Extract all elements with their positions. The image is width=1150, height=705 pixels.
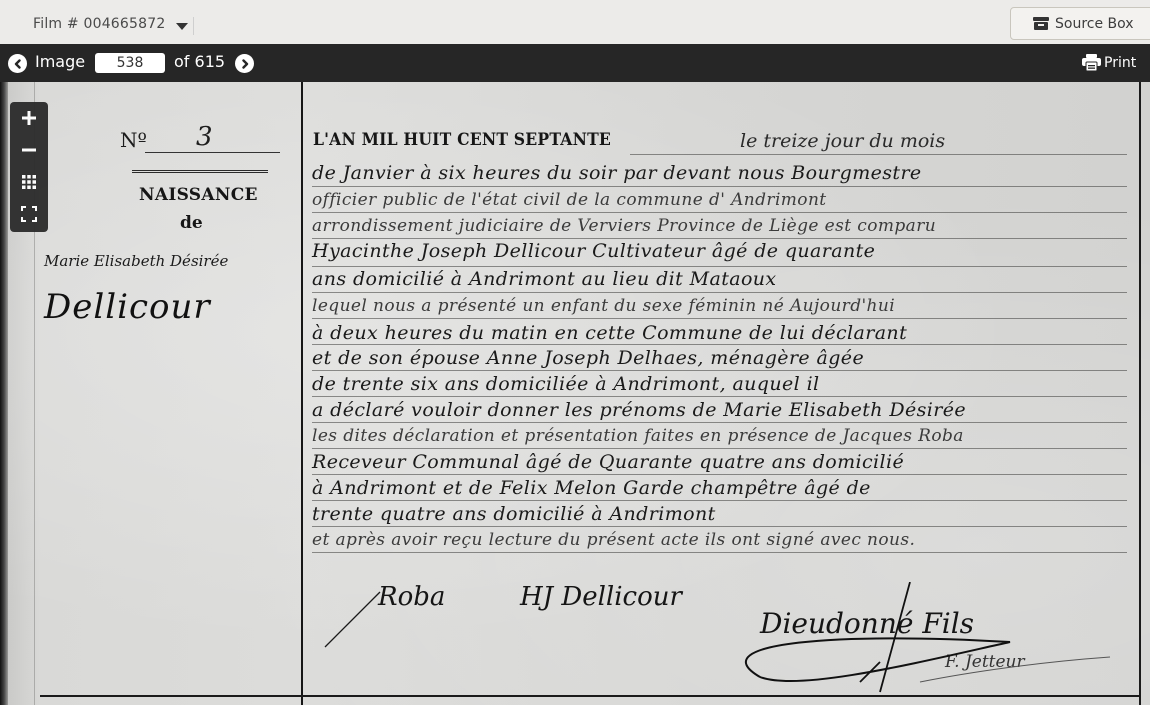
- print-button[interactable]: Print: [1082, 54, 1136, 71]
- record-number-label: Nº: [120, 128, 147, 152]
- record-text-line: à Andrimont et de Felix Melon Garde cham…: [312, 477, 871, 499]
- film-number: Film # 004665872: [33, 16, 165, 32]
- ruled-line: [312, 186, 1127, 187]
- plus-icon: [22, 111, 36, 125]
- column-rule: [301, 82, 303, 705]
- ruled-line: [312, 526, 1127, 527]
- previous-image-button[interactable]: [8, 54, 27, 73]
- ruled-line: [312, 212, 1127, 213]
- record-text-line: de trente six ans domiciliée à Andrimont…: [312, 373, 820, 395]
- record-text-line: de Janvier à six heures du soir par deva…: [312, 162, 922, 184]
- source-box-button[interactable]: Source Box: [1010, 7, 1150, 40]
- record-type-de: de: [180, 213, 203, 233]
- ruled-line: [312, 344, 1127, 345]
- record-type: NAISSANCE: [139, 185, 258, 205]
- document-image-viewer[interactable]: Nº 3 NAISSANCE de Marie Elisabeth Désiré…: [0, 82, 1150, 705]
- record-text-line: arrondissement judiciaire de Verviers Pr…: [312, 216, 936, 236]
- right-rule: [1139, 82, 1141, 705]
- zoom-controls: [10, 102, 48, 232]
- ruled-line: [312, 238, 1127, 239]
- number-underline: [145, 152, 280, 153]
- grid-view-button[interactable]: [10, 166, 48, 198]
- double-rule: [132, 170, 268, 173]
- record-text-line: officier public de l'état civil de la co…: [312, 190, 827, 210]
- chevron-right-icon: [240, 59, 250, 69]
- record-text-line: lequel nous a présenté un enfant du sexe…: [312, 296, 895, 316]
- ruled-line: [312, 448, 1127, 449]
- header-handwritten: le treize jour du mois: [740, 130, 945, 152]
- record-text-line: ans domicilié à Andrimont au lieu dit Ma…: [312, 268, 777, 290]
- record-text-line: et après avoir reçu lecture du présent a…: [312, 530, 915, 550]
- zoom-out-button[interactable]: [10, 134, 48, 166]
- minus-icon: [22, 143, 36, 157]
- printed-header: L'AN MIL HUIT CENT SEPTANTE: [313, 130, 611, 150]
- record-text-line: les dites déclaration et présentation fa…: [312, 426, 964, 446]
- record-text-line: à deux heures du matin en cette Commune …: [312, 322, 907, 344]
- source-box-label: Source Box: [1055, 16, 1134, 32]
- record-text-line: a déclaré vouloir donner les prénoms de …: [312, 399, 966, 421]
- child-surname: Dellicour: [44, 287, 211, 327]
- record-text-line: trente quatre ans domicilié à Andrimont: [312, 503, 716, 525]
- record-text-line: et de son épouse Anne Joseph Delhaes, mé…: [312, 347, 864, 369]
- page-binding-edge: [0, 82, 8, 705]
- document-image[interactable]: Nº 3 NAISSANCE de Marie Elisabeth Désiré…: [0, 82, 1150, 705]
- ruled-line: [312, 396, 1127, 397]
- grid-icon: [22, 175, 36, 189]
- ruled-line: [312, 474, 1127, 475]
- divider: [193, 17, 194, 35]
- record-text-line: Hyacinthe Joseph Dellicour Cultivateur â…: [312, 240, 875, 262]
- print-label: Print: [1104, 55, 1136, 71]
- child-given-names: Marie Elisabeth Désirée: [44, 252, 228, 270]
- signature-flourishes: [320, 582, 1120, 697]
- ruled-line: [312, 266, 1127, 267]
- top-header: Film # 004665872 Source Box: [0, 0, 1150, 44]
- archive-box-icon: [1033, 17, 1049, 30]
- fullscreen-icon: [21, 206, 37, 222]
- fullscreen-button[interactable]: [10, 198, 48, 230]
- chevron-left-icon: [13, 59, 23, 69]
- ruled-line: [312, 422, 1127, 423]
- film-dropdown-caret-icon[interactable]: [176, 23, 188, 30]
- image-number-input[interactable]: [95, 53, 165, 73]
- record-number: 3: [196, 122, 213, 152]
- ruled-line: [312, 318, 1127, 319]
- ruled-line: [312, 500, 1127, 501]
- record-text-line: Receveur Communal âgé de Quarante quatre…: [312, 451, 904, 473]
- next-image-button[interactable]: [235, 54, 254, 73]
- image-total: of 615: [174, 52, 225, 71]
- image-navigation-bar: Image of 615 Print: [0, 44, 1150, 82]
- zoom-in-button[interactable]: [10, 102, 48, 134]
- ruled-line: [312, 552, 1127, 553]
- image-label: Image: [35, 52, 85, 71]
- ruled-line: [312, 292, 1127, 293]
- ruled-line: [630, 154, 1127, 155]
- ruled-line: [312, 370, 1127, 371]
- printer-icon: [1082, 54, 1101, 71]
